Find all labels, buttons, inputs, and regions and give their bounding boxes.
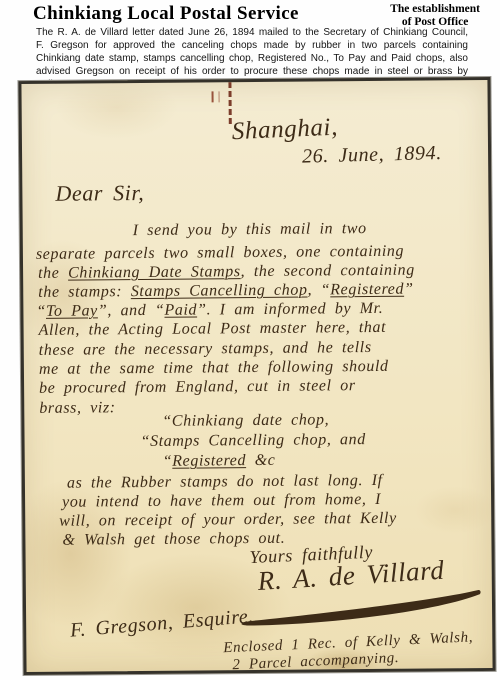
body-line-6: Allen, the Acting Local Post master here… bbox=[39, 319, 387, 340]
exhibit-page: Chinkiang Local Postal Service The estab… bbox=[0, 0, 500, 680]
list-line-1: “Chinkiang date chop, bbox=[162, 411, 329, 430]
body-line-9: be procured from England, cut in steel o… bbox=[39, 377, 356, 398]
body-line-10: brass, viz: bbox=[39, 399, 116, 418]
body-line-4: the stamps: Stamps Cancelling chop, “Reg… bbox=[38, 281, 413, 302]
page-title: Chinkiang Local Postal Service bbox=[33, 3, 299, 25]
body-line-2: separate parcels two small boxes, one co… bbox=[36, 243, 404, 264]
list-line-3: “Registered &c bbox=[163, 452, 276, 471]
body-line-3: the Chinkiang Date Stamps, the second co… bbox=[38, 262, 415, 283]
body-line-7: these are the necessary stamps, and he t… bbox=[39, 339, 372, 360]
place-line: Shanghai, bbox=[231, 114, 338, 147]
addressee-line: F. Gregson, Esquire. bbox=[69, 605, 255, 642]
letter-scan: Shanghai,26. June, 1894.Dear Sir,I send … bbox=[18, 77, 495, 675]
body-line-1: I send you by this mail in two bbox=[133, 220, 367, 240]
salutation: Dear Sir, bbox=[55, 180, 144, 207]
subtitle-line-1: The establishment bbox=[390, 3, 480, 16]
body-line-5: “To Pay”, and “Paid”. I am informed by M… bbox=[36, 300, 383, 321]
body-line-11: as the Rubber stamps do not last long. I… bbox=[67, 472, 383, 493]
body-line-8: me at the same time that the following s… bbox=[39, 358, 389, 379]
date-line: 26. June, 1894. bbox=[302, 142, 442, 169]
letter-text: Shanghai,26. June, 1894.Dear Sir,I send … bbox=[21, 80, 492, 672]
body-line-13: will, on receipt of your order, see that… bbox=[59, 510, 397, 531]
signature-flourish bbox=[234, 584, 482, 628]
body-line-12: you intend to have them out from home, I bbox=[62, 491, 381, 512]
page-subtitle: The establishment of Post Office bbox=[390, 3, 480, 28]
list-line-2: “Stamps Cancelling chop, and bbox=[140, 431, 365, 451]
